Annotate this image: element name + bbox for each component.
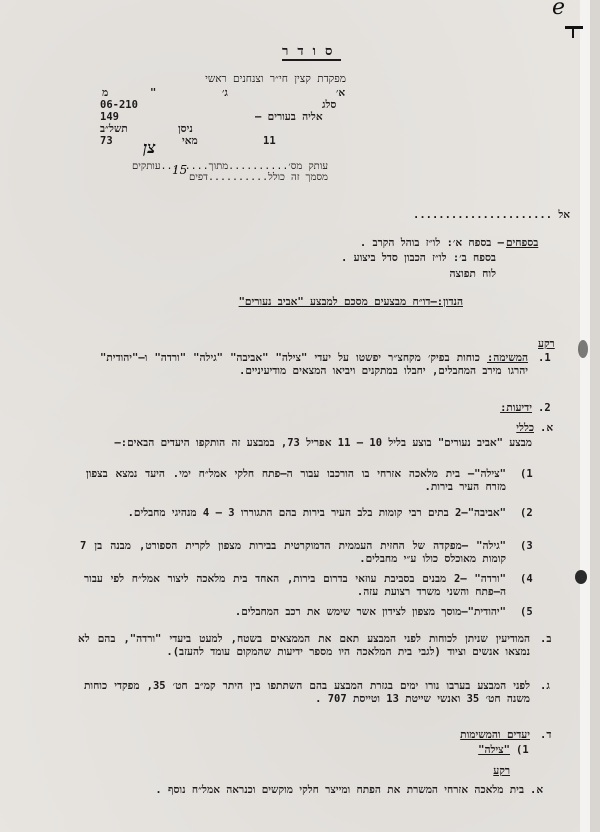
tzila-background-label: רקע [470,765,510,777]
handwritten-copy-number: צן [143,142,155,154]
classification-c: " [150,87,156,99]
handwritten-page-count: 15 [172,164,187,176]
sub-d-item-number: (1 [516,744,529,756]
target-3-number: (3 [520,540,533,552]
classification-a: א׳ [336,87,345,99]
general-text: מבצע "אביב נעורים" בוצע בליל 10 – 11 אפר… [86,437,532,450]
subject-text: הנדון:–דו״ח מבצעים מסכם למבצע "אביב נעור… [239,296,463,308]
sub-a-label: א. [540,422,553,434]
handwritten-stroke [565,26,583,29]
target-4-text: "ורדה" –2 מבנים בסביבת עוזאי בדרום בירות… [84,573,506,599]
target-1-text: "צילה"– בית מלאכה אזרחי בו הורכבו עבור ה… [86,468,506,494]
section-1-number: .1 [538,352,551,364]
date-month: מאי [182,135,198,147]
sub-d-a-text: בית מלאכה אזרחי המשרת את הפתח ומייצר חלק… [84,784,524,797]
handwritten-stroke [572,28,574,38]
month-hebrew: ניסן [178,123,193,135]
tzila-label: "צילה" [456,744,510,756]
sub-d-label: ד. [540,729,551,741]
handwritten-mark: e [552,2,565,14]
date-year: 73 [100,135,113,147]
name-label: אליה בעורים – [255,111,323,123]
mission-text: כוחות בפיק׳ מקחצ״ר יפשטו על יעדי "צילה" … [100,352,528,377]
target-2-text: "אביבה"–2 בתים רבי קומות בלב העיר בירות … [86,507,506,520]
document-page: e סודר מפקדת קצין חי״ר וצנחנים ראשי א׳ ג… [0,0,590,832]
year-hebrew: תשל״ב [100,123,128,135]
sub-d-a-label: א. [530,784,543,796]
target-4-number: (4 [520,573,533,585]
attachment-item: – בספח א׳: לו״ז בוהל הקרב . [330,237,504,249]
page-count-line: מסמך זה כולל..........דפים [100,172,328,184]
sub-b-label: ב. [540,633,551,645]
general-label: כללי [490,422,534,434]
addressee-line: אל ...................... [413,209,570,221]
distribution-list: לוח תפוצה [330,268,496,280]
page-edge [580,0,590,832]
target-1-number: (1 [520,468,533,480]
subject-line: הנדון:–דו״ח מבצעים מסכם למבצע "אביב נעור… [135,296,463,308]
mission-label: המשימה: [487,352,528,364]
attachment-item: בספח ב׳: לו״ז הכבון סדל ביצוע . [330,252,496,264]
section-2-number: .2 [538,402,551,414]
target-5-text: "יהודית"–מוסך מצפון לצידון אשר שימש את ר… [200,606,506,619]
intelligence-label: ידיעות: [474,402,532,414]
background-label: רקע [538,338,555,350]
date-day: 11 [263,135,276,147]
name-value: 149 [100,111,119,123]
target-2-number: (2 [520,507,533,519]
document-title: סודר [282,46,341,61]
ref-label: סלג [322,99,336,111]
attachments-label: בספחים [506,237,538,249]
classification-d: מ [102,87,108,99]
sub-c-label: ג. [540,680,550,692]
sub-b-text: המודיעין שניתן לכוחות לפני המבצע תאם את … [78,633,530,659]
ref-value: 06-210 [100,99,138,111]
section-1-mission: המשימה: כוחות בפיק׳ מקחצ״ר יפשטו על יעדי… [100,352,528,378]
targets-and-missions-label: יעדים והמשימות [420,729,530,741]
punch-hole-mark [578,340,588,358]
punch-hole-mark [575,570,587,584]
sub-c-text: לפני המבצע בערבו נורו ימים בגזרת המבצע ב… [84,680,530,706]
target-5-number: (5 [520,606,533,618]
classification-b: ג׳ [222,87,228,99]
target-3-text: "גילה" –מפקדה של החזית העממית הדמוקרטית … [80,540,506,566]
header-unit: מפקדת קצין חי״ר וצנחנים ראשי [100,73,346,85]
